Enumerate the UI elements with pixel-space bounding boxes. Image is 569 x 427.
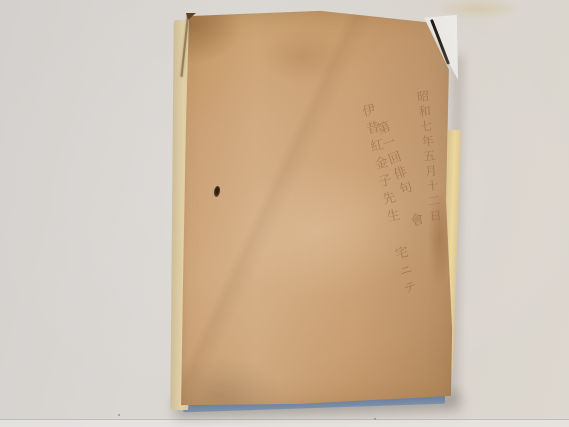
- photograph: 昭和七年五月十二日 第一回俳句 會 伊昔紅金子先生 宅ニテ: [0, 0, 569, 427]
- surface-edge-band: [0, 420, 569, 427]
- dust-speck: [118, 414, 120, 416]
- dust-speck: [374, 418, 376, 420]
